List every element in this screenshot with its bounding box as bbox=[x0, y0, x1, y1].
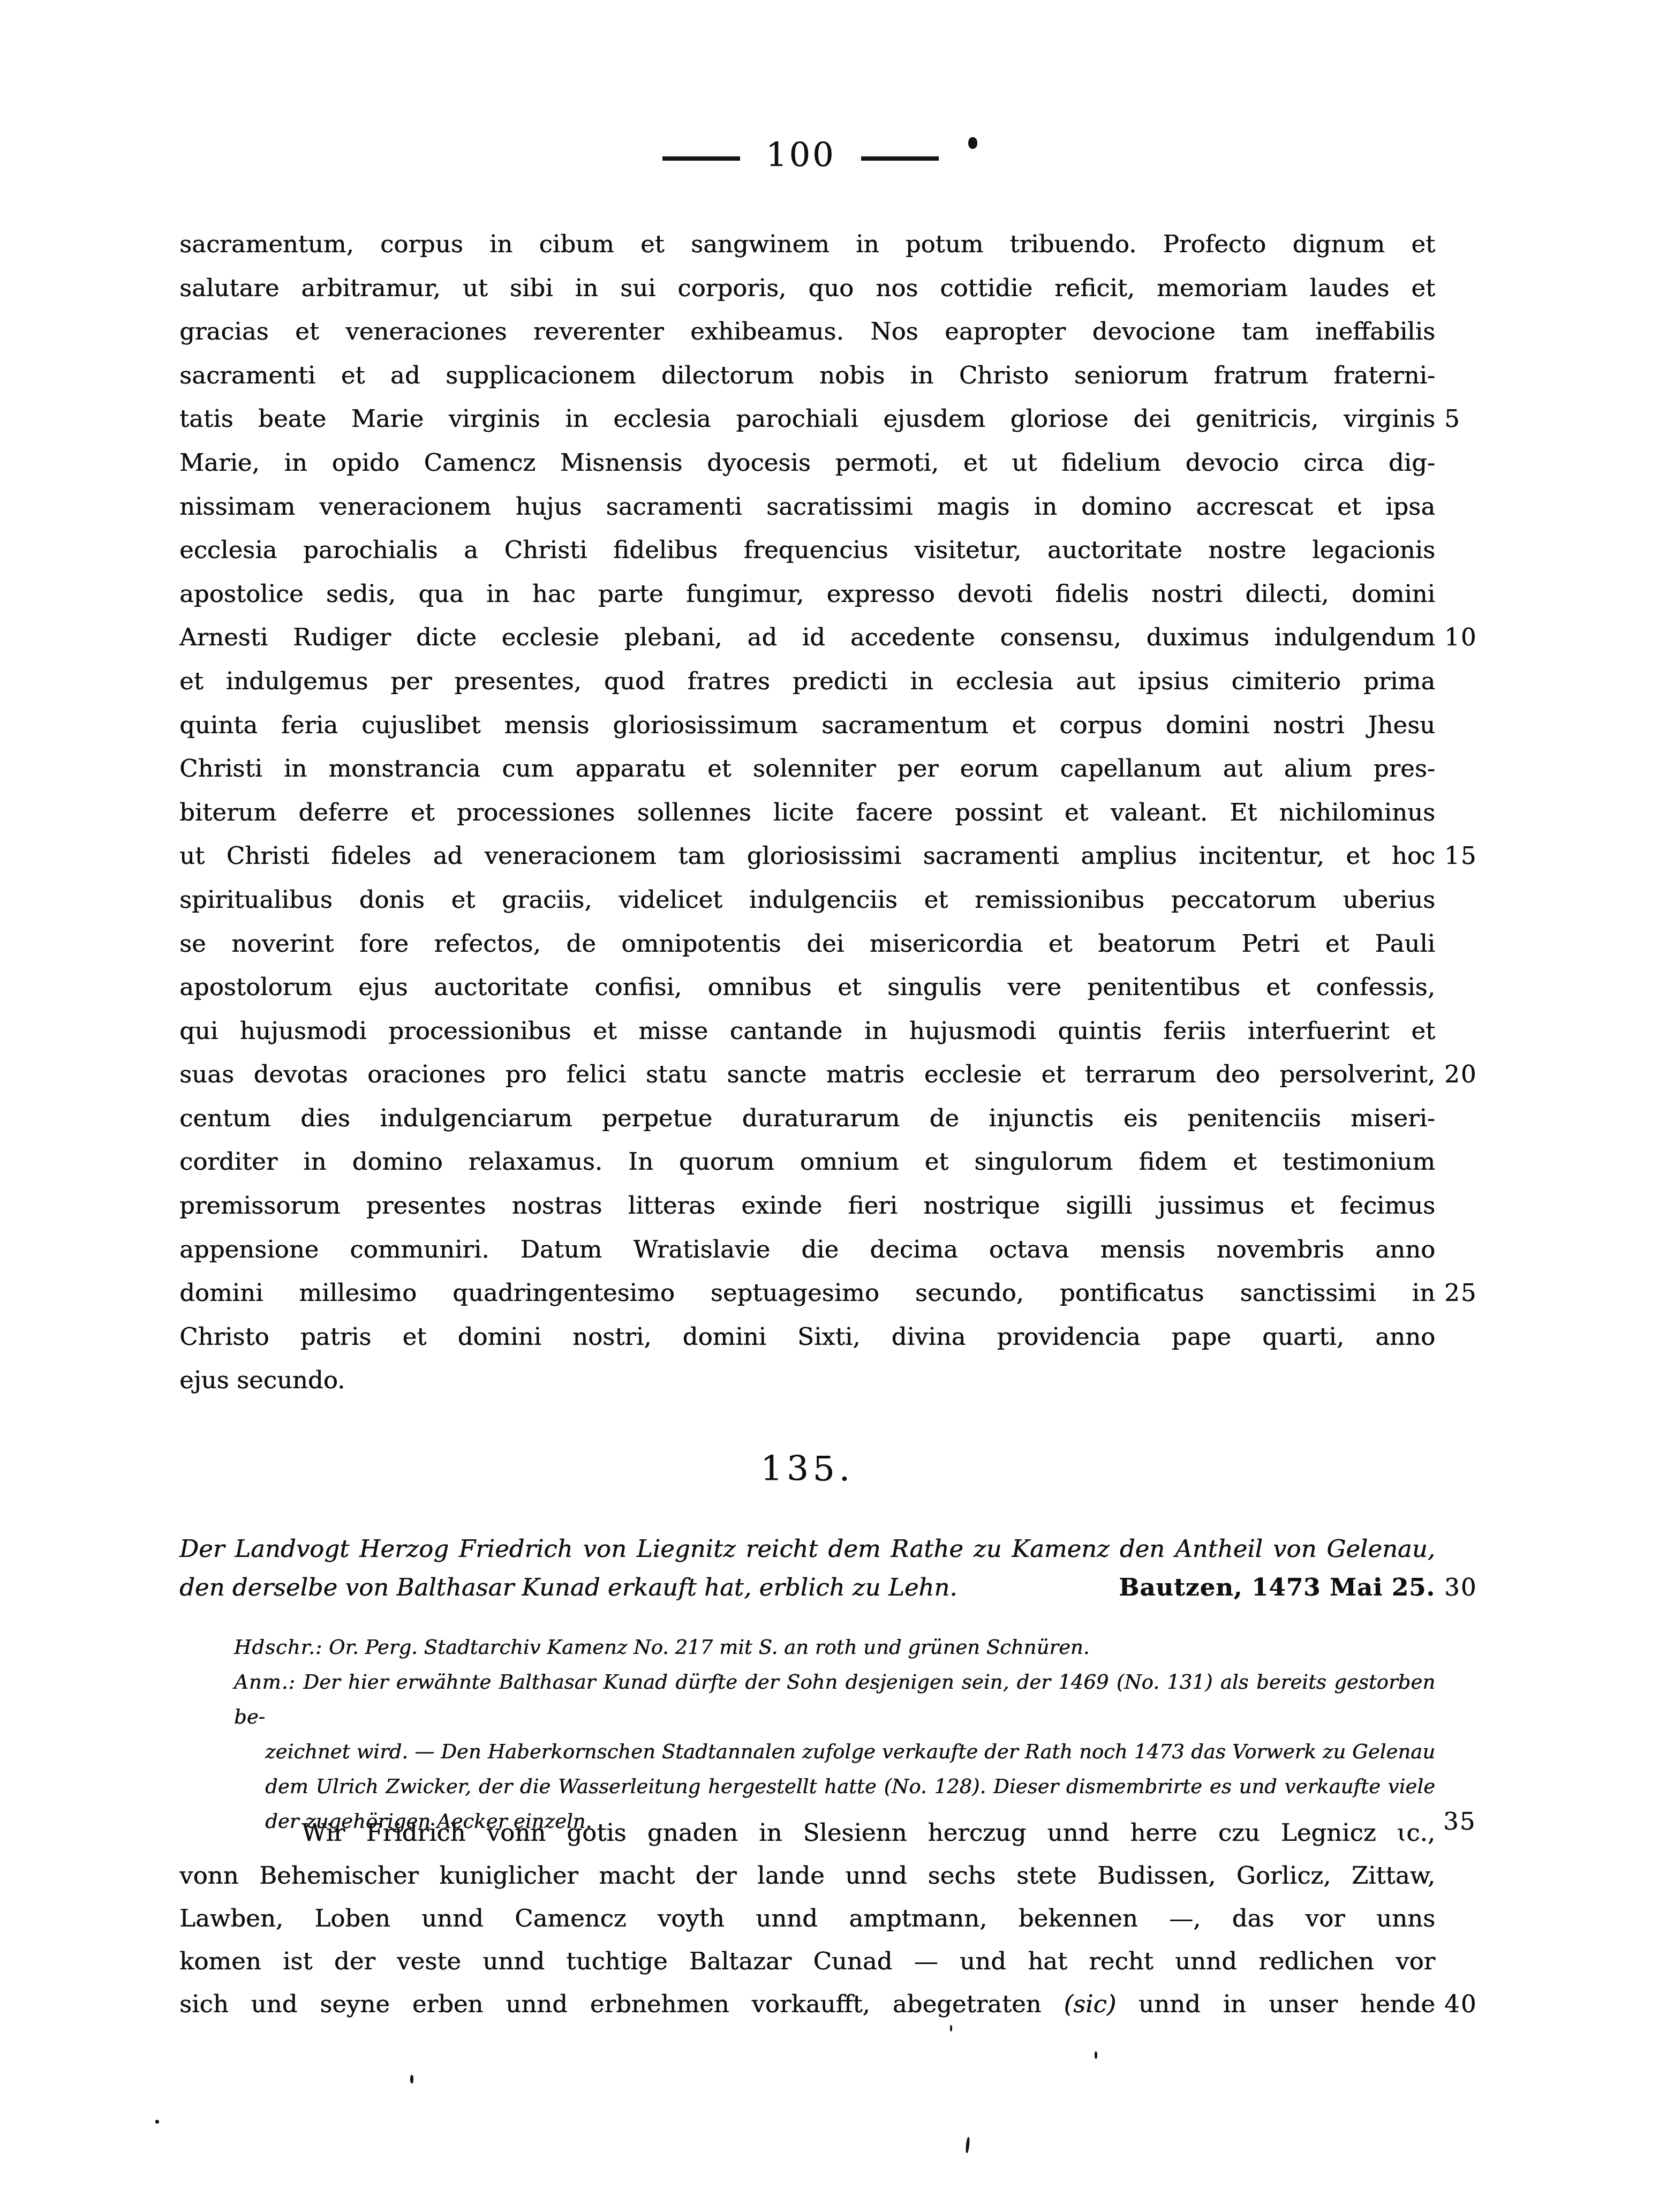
ink-speck bbox=[965, 2137, 970, 2153]
ink-speck bbox=[155, 2120, 159, 2124]
text-line: Christi in monstrancia cum apparatu et s… bbox=[179, 747, 1435, 791]
text-line: gracias et veneraciones reverenter exhib… bbox=[179, 310, 1435, 353]
ink-speck bbox=[410, 2075, 413, 2083]
text-line: apostolice sedis, qua in hac parte fungi… bbox=[179, 572, 1435, 616]
hdschr-note: Hdschr.: Or. Perg. Stadtarchiv Kamenz No… bbox=[234, 1630, 1435, 1665]
text-line: quinta feria cujuslibet mensis gloriosis… bbox=[179, 703, 1435, 747]
text-line: Arnesti Rudiger dicte ecclesie plebani, … bbox=[179, 615, 1435, 659]
charter-number-heading: 135. bbox=[179, 1449, 1435, 1489]
text-line: centum dies indulgenciarum perpetue dura… bbox=[179, 1096, 1435, 1140]
text-line: ut Christi fideles ad veneracionem tam g… bbox=[179, 834, 1435, 878]
date-place: Bautzen, 1473 Mai 25. bbox=[1119, 1568, 1435, 1607]
anm-note-line: zeichnet wird. — Den Haberkornschen Stad… bbox=[234, 1734, 1435, 1769]
text-line: corditer in domino relaxamus. In quorum … bbox=[179, 1140, 1435, 1184]
latin-charter-text: sacramentum, corpus in cibum et sangwine… bbox=[179, 222, 1435, 1402]
text-line: ecclesia parochialis a Christi fidelibus… bbox=[179, 528, 1435, 572]
ink-speck bbox=[968, 137, 977, 149]
text-line: vonn Behemischer kuniglicher macht der l… bbox=[179, 1854, 1435, 1897]
text-line: Marie, in opido Camencz Misnensis dyoces… bbox=[179, 441, 1435, 485]
text-line: domini millesimo quadringentesimo septua… bbox=[179, 1271, 1435, 1315]
page-number: 100 bbox=[766, 138, 835, 171]
text-line: se noverint fore refectos, de omnipotent… bbox=[179, 922, 1435, 966]
line-number: 35 bbox=[1443, 1804, 1518, 1839]
text-line: sacramenti et ad supplicacionem dilector… bbox=[179, 353, 1435, 397]
text-line: Wir Fridrich vonn gotis gnaden in Slesie… bbox=[179, 1811, 1435, 1854]
text-line: spiritualibus donis et graciis, videlice… bbox=[179, 878, 1435, 922]
text-line: salutare arbitramur, ut sibi in sui corp… bbox=[179, 266, 1435, 310]
line-number: 10 bbox=[1444, 615, 1519, 659]
text-line: biterum deferre et processiones sollenne… bbox=[179, 791, 1435, 834]
text-line: sich und seyne erben unnd erbnehmen vork… bbox=[179, 1983, 1435, 2026]
line-number: 5 bbox=[1444, 397, 1519, 441]
line-number: 40 bbox=[1444, 1983, 1519, 2026]
header-rule-right bbox=[861, 156, 939, 161]
ink-speck bbox=[1095, 2051, 1097, 2059]
summary-text: den derselbe von Balthasar Kunad erkauft… bbox=[179, 1568, 957, 1607]
text-line: et indulgemus per presentes, quod fratre… bbox=[179, 659, 1435, 703]
regest-summary: Der Landvogt Herzog Friedrich von Liegni… bbox=[179, 1530, 1435, 1607]
anm-note-line: dem Ulrich Zwicker, der die Wasserleitun… bbox=[234, 1769, 1435, 1804]
anm-note-line: Anm.: Der hier erwähnte Balthasar Kunad … bbox=[234, 1665, 1435, 1734]
source-notes: Hdschr.: Or. Perg. Stadtarchiv Kamenz No… bbox=[234, 1630, 1435, 1839]
text-line: komen ist der veste unnd tuchtige Baltaz… bbox=[179, 1940, 1435, 1983]
hdschr-text: Or. Perg. Stadtarchiv Kamenz No. 217 mit… bbox=[329, 1636, 1089, 1659]
header-rule-left bbox=[662, 156, 740, 161]
sic-marker: (sic) bbox=[1064, 1990, 1116, 2018]
text-line: apostolorum ejus auctoritate confisi, om… bbox=[179, 965, 1435, 1009]
line-number: 20 bbox=[1444, 1052, 1519, 1096]
text-line: nissimam veneracionem hujus sacramenti s… bbox=[179, 485, 1435, 529]
text-line: appensione communiri. Datum Wratislavie … bbox=[179, 1228, 1435, 1271]
line-number: 25 bbox=[1444, 1271, 1519, 1315]
text-line: Lawben, Loben unnd Camencz voyth unnd am… bbox=[179, 1897, 1435, 1940]
ink-speck bbox=[950, 2025, 952, 2032]
page-header: 100 bbox=[662, 138, 939, 171]
text-line: ejus secundo. bbox=[179, 1358, 1435, 1402]
text-line: Christo patris et domini nostri, domini … bbox=[179, 1315, 1435, 1359]
line-number: 15 bbox=[1444, 834, 1519, 878]
text-line: premissorum presentes nostras litteras e… bbox=[179, 1184, 1435, 1228]
text-line: tatis beate Marie virginis in ecclesia p… bbox=[179, 397, 1435, 441]
book-page: 100 sacramentum, corpus in cibum et sang… bbox=[0, 0, 1674, 2212]
hdschr-label: Hdschr.: bbox=[234, 1636, 322, 1659]
line-number: 30 bbox=[1444, 1568, 1519, 1607]
summary-line: den derselbe von Balthasar Kunad erkauft… bbox=[179, 1568, 1435, 1607]
text-line: sacramentum, corpus in cibum et sangwine… bbox=[179, 222, 1435, 266]
text-line: qui hujusmodi processionibus et misse ca… bbox=[179, 1009, 1435, 1053]
german-charter-text: Wir Fridrich vonn gotis gnaden in Slesie… bbox=[179, 1811, 1435, 2026]
summary-line: Der Landvogt Herzog Friedrich von Liegni… bbox=[179, 1530, 1435, 1568]
text-line: suas devotas oraciones pro felici statu … bbox=[179, 1052, 1435, 1096]
anm-label: Anm.: bbox=[234, 1671, 296, 1694]
